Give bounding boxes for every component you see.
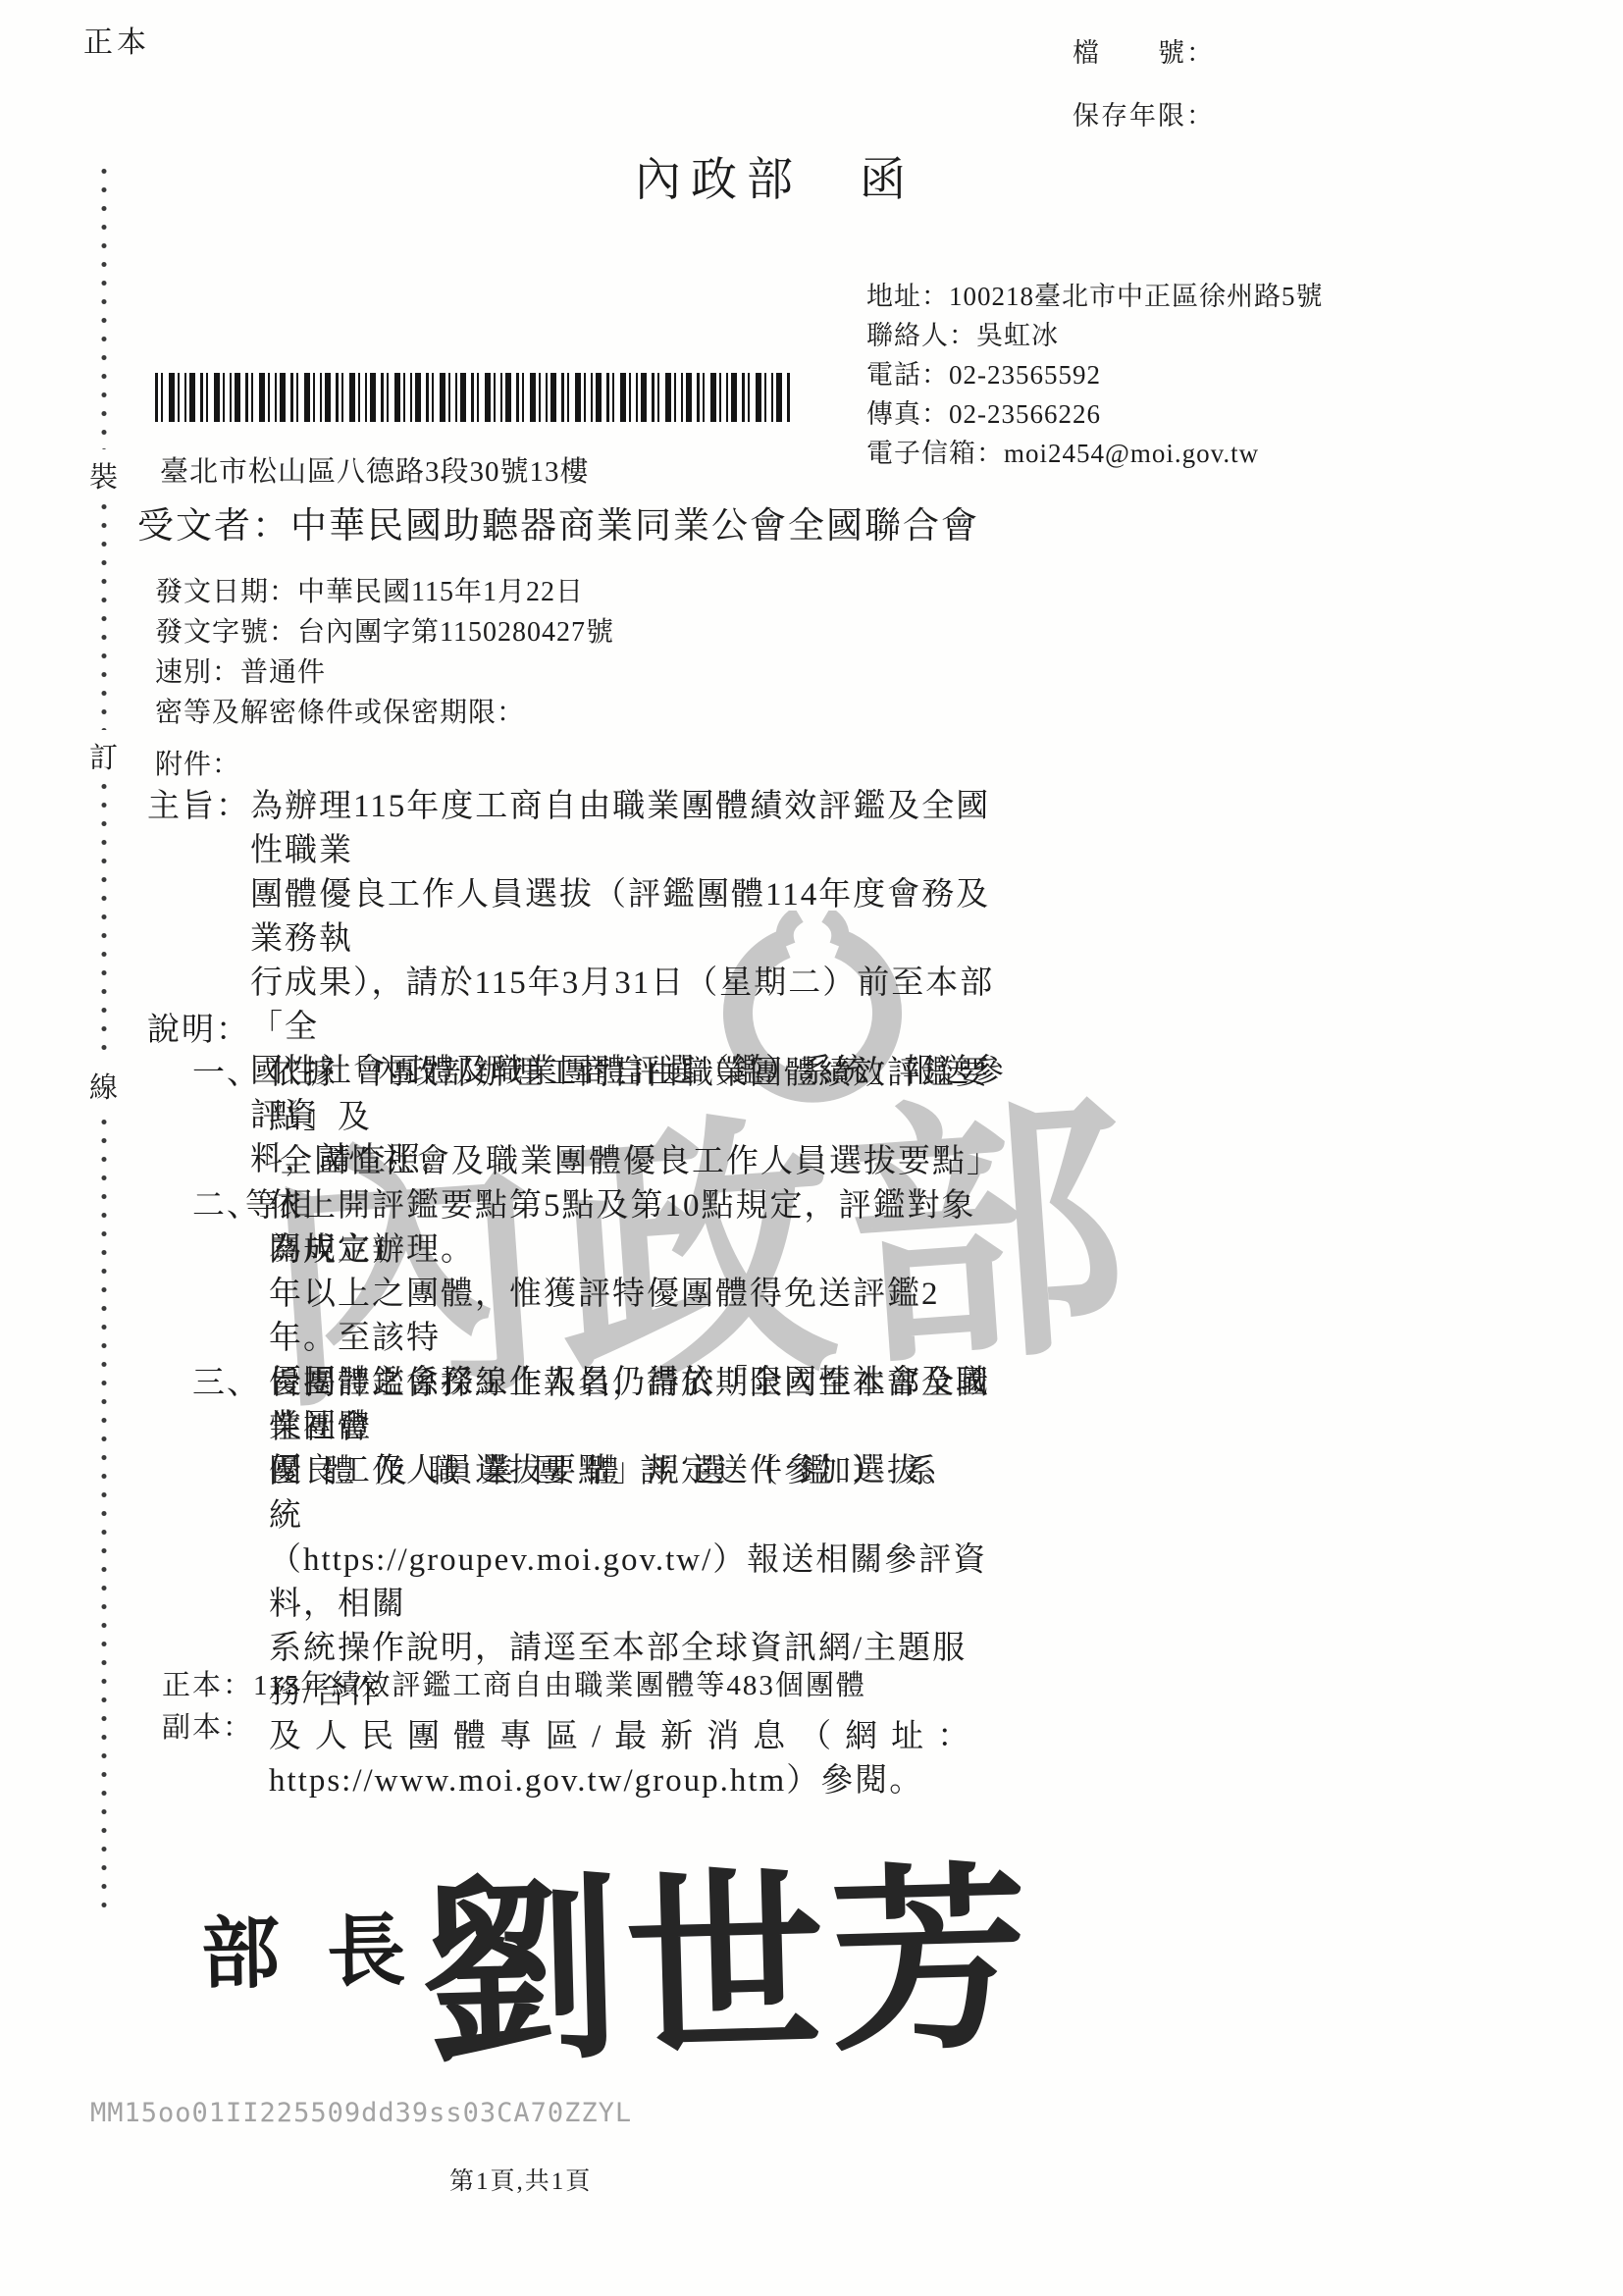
item-line: 團體及職業團體評選（鑑）系統 bbox=[269, 1450, 1000, 1539]
item-line: 依上開評鑑要點第5點及第10點規定，評鑑對象為成立1 bbox=[269, 1184, 1000, 1273]
sender-email: 電子信箱：moi2454@moi.gov.tw bbox=[866, 434, 1324, 473]
distribution-copy: 副本： bbox=[162, 1707, 866, 1749]
attachment-label: 附件： bbox=[155, 745, 614, 785]
security-class: 密等及解密條件或保密期限： bbox=[155, 693, 614, 733]
mailing-barcode bbox=[155, 373, 791, 422]
sender-phone: 電話：02-23565592 bbox=[866, 355, 1324, 394]
subject-label: 主旨： bbox=[147, 785, 250, 829]
item-number: 一、 bbox=[192, 1052, 269, 1096]
issue-date: 發文日期：中華民國115年1月22日 bbox=[155, 572, 614, 612]
issuing-org: 內政部 bbox=[635, 155, 803, 206]
explanation-label: 說明： bbox=[147, 1009, 250, 1053]
document-meta-block: 發文日期：中華民國115年1月22日 發文字號：台內團字第1150280427號… bbox=[155, 572, 614, 785]
item-line: 旨揭評鑑係採線上報名，請於期限內至本部全國性社會 bbox=[269, 1362, 1000, 1450]
binding-mark-xian: 線 bbox=[89, 1060, 118, 1112]
item-line: https://www.moi.gov.tw/group.htm）參閱。 bbox=[269, 1759, 1000, 1803]
sender-fax: 傳真：02-23566226 bbox=[866, 394, 1324, 434]
content-layer: 正本 檔 號： 保存年限： 內政部函 地址：100218臺北市中正區徐州路5號 … bbox=[0, 0, 1623, 2296]
recipient-street-address: 臺北市松山區八德路3段30號13樓 bbox=[160, 449, 590, 490]
print-control-code: MM15oo01II225509dd39ss03CA70ZZYL bbox=[90, 2098, 632, 2128]
item-number: 二、 bbox=[192, 1184, 269, 1228]
sender-address: 地址：100218臺北市中正區徐州路5號 bbox=[866, 277, 1324, 316]
document-title: 內政部函 bbox=[471, 143, 1079, 209]
page-number: 第1頁,共1頁 bbox=[449, 2162, 592, 2197]
item-line: 依據「內政部辦理工商自由職業團體績效評鑑要點」及 bbox=[269, 1052, 1000, 1140]
retention-period-label: 保存年限： bbox=[1073, 84, 1215, 147]
minister-title: 部長 bbox=[200, 1887, 453, 2004]
minister-signature: 劉世芳 bbox=[418, 1813, 1038, 2123]
recipient-line: 受文者：中華民國助聽器商業同業公會全國聯合會 bbox=[137, 496, 979, 548]
sender-contact-person: 聯絡人：吳虹冰 bbox=[866, 316, 1324, 355]
doc-number: 發文字號：台內團字第1150280427號 bbox=[155, 612, 614, 652]
copy-type-label: 正本 bbox=[83, 18, 150, 61]
binding-dotted-line bbox=[101, 162, 107, 1908]
doc-type: 函 bbox=[860, 155, 916, 206]
distribution-block: 正本：115年績效評鑑工商自由職業團體等483個團體 副本： bbox=[162, 1665, 866, 1749]
binding-mark-ding: 訂 bbox=[89, 730, 118, 782]
item-number: 三、 bbox=[192, 1362, 269, 1406]
item-line: 年以上之團體，惟獲評特優團體得免送評鑑2年。至該特 bbox=[269, 1273, 1000, 1361]
file-number-label: 檔 號： bbox=[1073, 22, 1215, 84]
binding-mark-zhuang: 裝 bbox=[89, 449, 118, 501]
distribution-original: 正本：115年績效評鑑工商自由職業團體等483個團體 bbox=[162, 1665, 866, 1707]
subject-line: 為辦理115年度工商自由職業團體績效評鑑及全國性職業 bbox=[250, 785, 1016, 873]
subject-line: 團體優良工作人員選拔（評鑑團體114年度會務及業務執 bbox=[250, 873, 1016, 962]
subject-line: 行成果），請於115年3月31日（星期二）前至本部「全 bbox=[250, 962, 1016, 1050]
file-info-block: 檔 號： 保存年限： bbox=[1073, 22, 1215, 147]
item-line: （https://groupev.moi.gov.tw/）報送相關參評資料，相關 bbox=[269, 1539, 1000, 1627]
speed-class: 速別：普通件 bbox=[155, 652, 614, 693]
official-letter-page: 內政部 正本 檔 號： 保存年限： 內政部函 地址：100218臺北市中正區徐州… bbox=[0, 0, 1623, 2296]
sender-contact-block: 地址：100218臺北市中正區徐州路5號 聯絡人：吳虹冰 電話：02-23565… bbox=[866, 277, 1324, 473]
